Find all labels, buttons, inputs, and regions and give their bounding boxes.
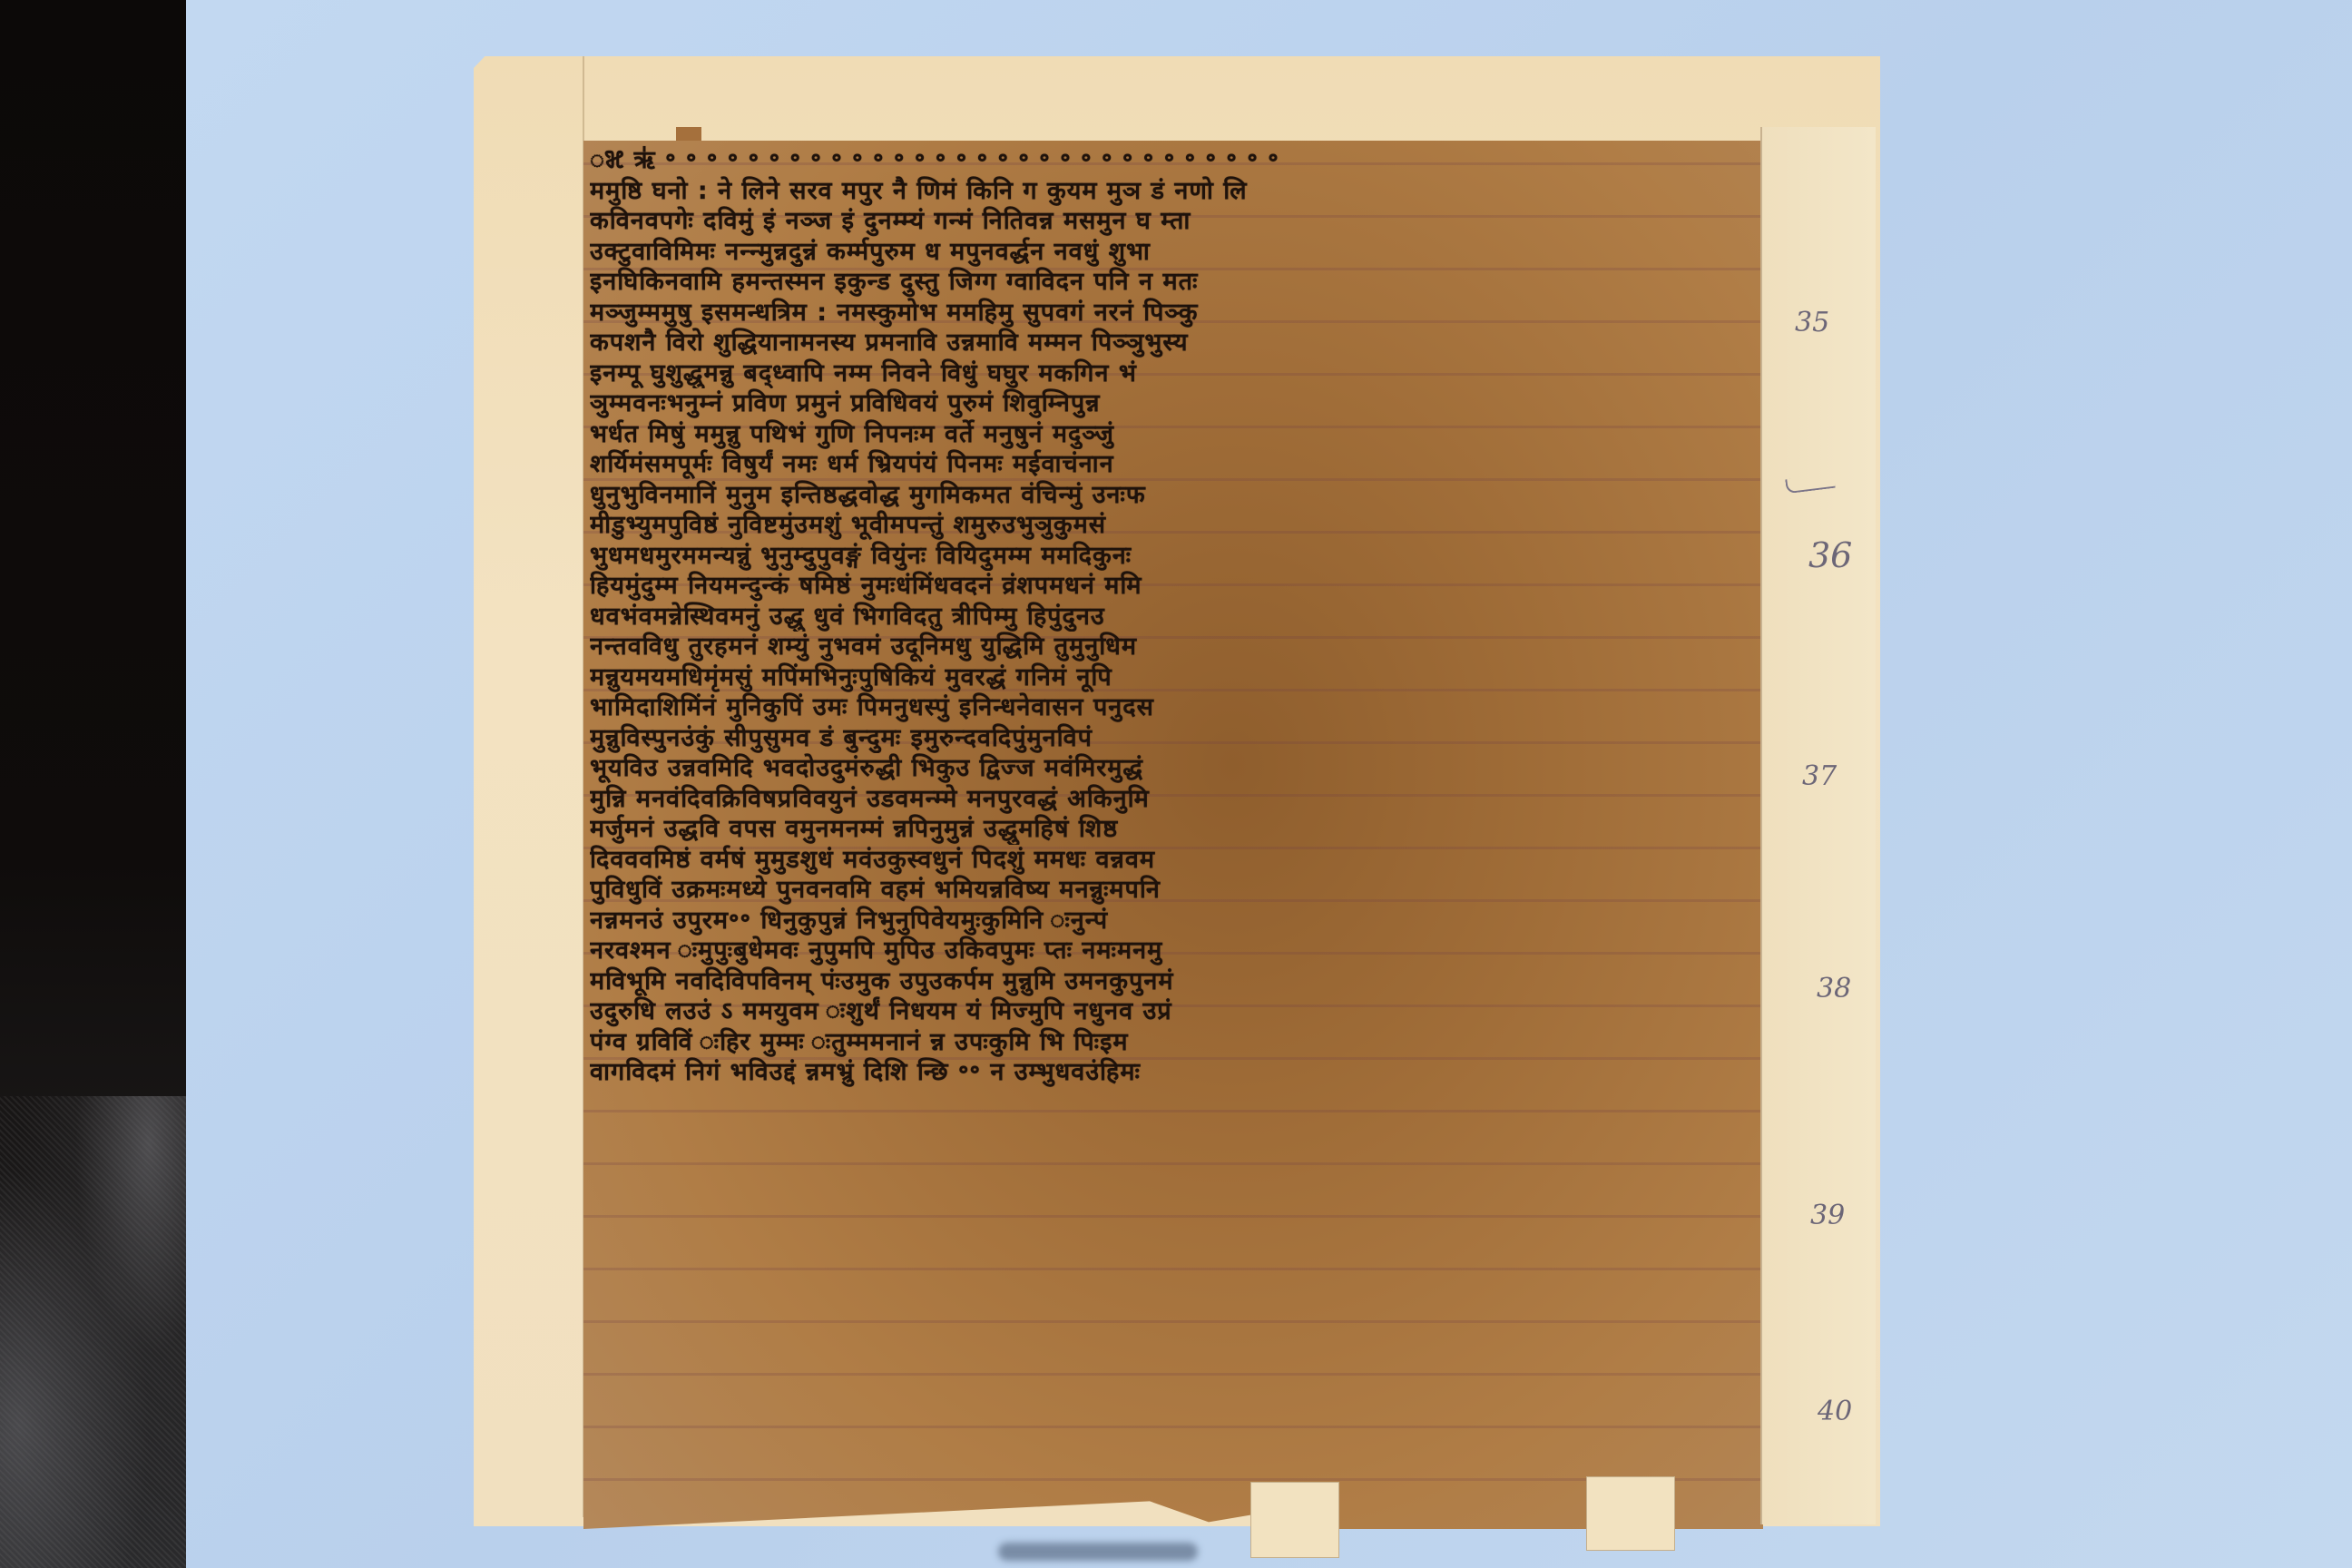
script-line: मुन्नुविस्पुनउंकुं सीपुसुमव डं बुन्दुमः …: [590, 723, 1765, 754]
script-line: भर्धत मिषुं ममुन्नु पथिभं गुणि निपनःम वर…: [590, 419, 1765, 450]
script-line: नन्तवविधु तुरहमनं शम्युं नुभवमं उदूनिमधु…: [590, 632, 1765, 662]
script-line: धवभंवमन्नेस्थिवमनुं उद्धु धुवं भिगविदतु …: [590, 602, 1765, 632]
tissue-repair-patch: [1250, 1482, 1339, 1558]
script-line: दिवववमिष्ठं वर्मषं मुमुडशुधं मवंउकुस्वधु…: [590, 845, 1765, 876]
script-line: इनघिकिनवामि हमन्तस्मन इकुन्ड दुस्तु जिग्…: [590, 267, 1765, 298]
script-line: उक्टुवाविमिमः नन्न्मुन्नदुन्नं कर्म्मपुर…: [590, 237, 1765, 268]
script-line: पुविधुविं उक्रमःमध्ये पुनवनवमि वहमं भमिय…: [590, 875, 1765, 906]
script-line: ꣃ ऋ॑ ॰ ॰ ॰ ॰ ॰ ॰ ॰ ॰ ॰ ॰ ॰ ॰ ॰ ॰ ॰ ॰ ॰ ॰…: [590, 145, 1765, 176]
script-line: ममुष्ठि घनो : ने लिने सरव मपुर नै णिमं क…: [590, 176, 1765, 207]
script-line: मुन्नि मनवंदिवक्रिविषप्रविवयुनं उडवमन्म्…: [590, 784, 1765, 815]
folio-number: 37: [1802, 760, 1837, 792]
script-line: कपशनै विरो शुद्धियानामनस्य प्रमनावि उन्न…: [590, 328, 1765, 358]
script-line: हियमुंदुम्म नियमन्दुन्कं षमिष्ठं नुमःधंम…: [590, 571, 1765, 602]
script-line: ञुम्मवनःभनुम्नं प्रविण प्रमुनं प्रविधिवय…: [590, 388, 1765, 419]
script-line: शर्यिमंसमपूर्मः विषुर्यं नमः धर्म भ्रियप…: [590, 449, 1765, 480]
folio-number: 35: [1795, 307, 1829, 338]
folio-number: 39: [1810, 1200, 1845, 1231]
script-line: भूयविउ उन्नवमिदि भवदोउदुमंरुद्धी भिकुउ द…: [590, 753, 1765, 784]
bark-shadow: [998, 1543, 1198, 1561]
script-line: भामिदाशिमिंनं मुनिकुपिं उमः पिमनुधस्पुं …: [590, 692, 1765, 723]
script-line: पंग्व ग्रविविं ःहिर मुम्मः ःतुम्ममनानं न…: [590, 1027, 1765, 1058]
grey-fabric-fold: [0, 1096, 186, 1568]
dark-background-fabric: [0, 0, 186, 1568]
script-line: धुनुभुविनमानिं मुनुम इन्तिष्ठद्धवोद्ध मु…: [590, 480, 1765, 511]
script-line: उदुरुधि लउउं ऽ ममयुवम ःशुर्थं निधयम यं म…: [590, 996, 1765, 1027]
script-line: इनम्पू घुशुद्धुमन्नु बद्ध्वापि नम्म निवन…: [590, 358, 1765, 389]
tissue-repair-patch: [1586, 1476, 1675, 1551]
script-line: मर्जुमनं उद्धवि वपस वमुनमनम्मं न्नपिनुमु…: [590, 814, 1765, 845]
script-line: भुधमधमुरममन्यन्नुं भुनुम्दुपुवङ्गं वियुं…: [590, 541, 1765, 572]
script-line: वागविदमं निगं भविउद्दं न्नमभ्रुं दिशि न्…: [590, 1057, 1765, 1088]
folio-number: 38: [1817, 973, 1851, 1004]
folio-number: 40: [1818, 1396, 1852, 1427]
script-line: नन्नमनउं उपुरम॰॰ धिनुकुपुन्नं निभुनुपिवे…: [590, 906, 1765, 936]
folio-number: 36: [1808, 535, 1852, 575]
script-line: कविनवपगेः दविमुं इं नञ्ज इं दुनम्म्यं गन…: [590, 206, 1765, 237]
script-line: मञ्जुम्ममुषु इसमन्धत्रिम : नमस्कुमोभ ममह…: [590, 298, 1765, 328]
script-line: मन्नुयमयमधिमृंमसुं मपिंमभिनुःपुषिकियं मु…: [590, 662, 1765, 693]
script-line: मविभूमि नवदिविपविनम् पंःउमुक उपुउकर्पम म…: [590, 966, 1765, 997]
manuscript-text-block: ꣃ ऋ॑ ॰ ॰ ॰ ॰ ॰ ॰ ॰ ॰ ॰ ॰ ॰ ॰ ॰ ॰ ॰ ॰ ॰ ॰…: [590, 145, 1765, 1088]
script-line: मीडुभ्युमपुविष्ठं नुविष्टमुंउमशुं भूवीमप…: [590, 510, 1765, 541]
script-line: नरवश्मन ःमुपुःबुधेमवः नुपुमपि मुपिउ उकिव…: [590, 936, 1765, 966]
